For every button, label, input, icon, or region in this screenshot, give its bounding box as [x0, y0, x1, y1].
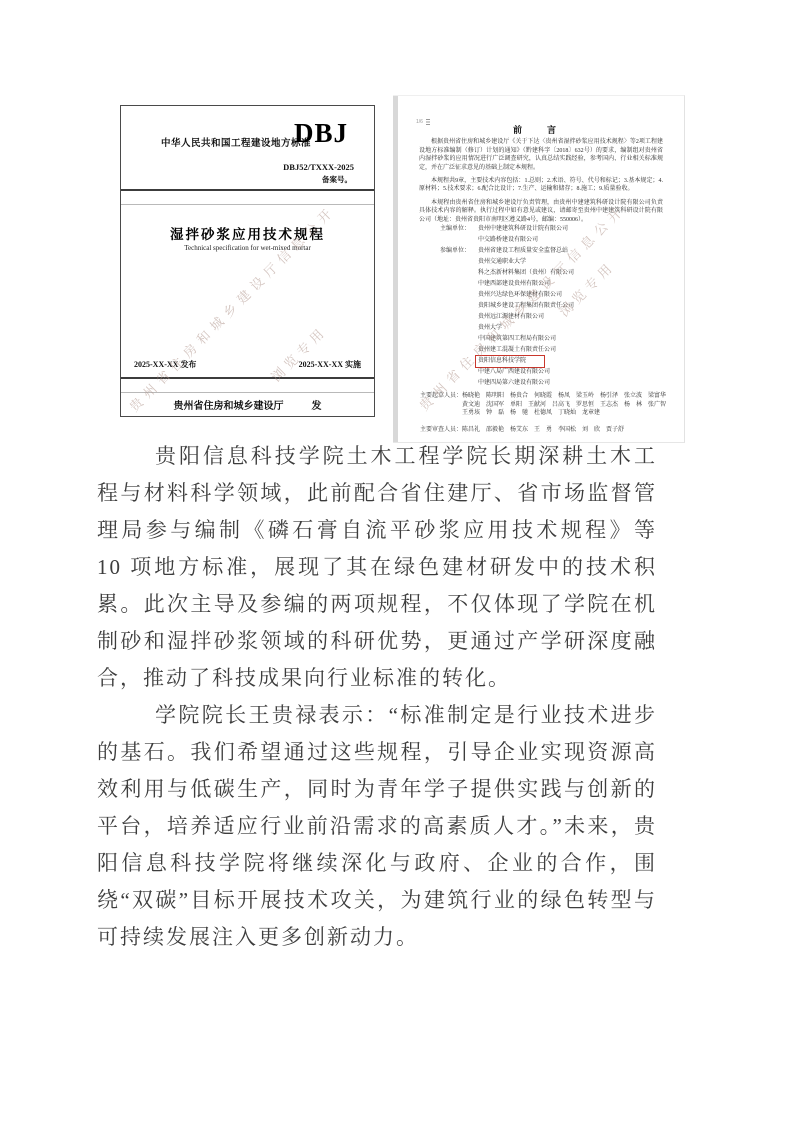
cover-header-label: 中华人民共和国工程建设地方标准 [161, 135, 311, 149]
preface-paragraph: 本规程由贵州省住房和城乡建设厅负责管理，由贵州中建建筑科研设计院有限公司负责具体… [419, 199, 663, 225]
org-item: 贵州建工混凝土有限责任公司 [478, 345, 574, 356]
article-paragraph: 学院院长王贵禄表示：“标准制定是行业技术进步的基石。我们希望通过这些规程，引导企… [97, 697, 657, 956]
org-item: 中建西部建设贵州有限公司 [478, 279, 574, 290]
reviewers-block: 主要审查人员： 陈昌礼 邵毅艳 杨艾东 王 勇 李国松 刘 欣 贾子舒 [420, 426, 670, 435]
org-item: 中建四局第六建设有限公司 [478, 378, 574, 389]
horizontal-rule [121, 392, 374, 393]
issue-verb: 发 [312, 397, 322, 412]
chief-editor-label: 主编单位： [440, 224, 478, 246]
org-item: 贵州兴达绿色环保建材有限公司 [478, 290, 574, 301]
standard-title-en: Technical specification for wet-mixed mo… [121, 244, 374, 252]
preface-paragraph: 本规程共9章，主要技术内容包括：1.总则；2.术语、符号、代号和标记；3.基本规… [419, 177, 663, 194]
org-item: 贵阳城乡建设工程集团有限责任公司 [478, 301, 574, 312]
issuer-name: 贵州省住房和城乡建设厅 [174, 397, 284, 412]
chief-editor-block: 主编单位： 贵州中建建筑科研设计院有限公司 中交路桥建设有限公司 [440, 224, 668, 246]
preface-paragraph: 根据贵州省住房和城乡建设厅《关于下达〈贵州省湿拌砂浆应用技术规程〉等2项工程建设… [419, 138, 663, 172]
org-item: 贵州中建建筑科研设计院有限公司 [478, 224, 568, 235]
article-paragraph: 贵阳信息科技学院土木工程学院长期深耕土木工程与材料科学领域，此前配合省住建厅、省… [97, 438, 657, 697]
chief-editor-orgs: 贵州中建建筑科研设计院有限公司 中交路桥建设有限公司 [478, 224, 568, 246]
issue-date: 2025-XX-XX 发布 [134, 359, 196, 370]
preface-page-image[interactable]: 1/6 前 言 根据贵州省住房和城乡建设厅《关于下达〈贵州省湿拌砂浆应用技术规程… [393, 95, 685, 443]
issuer-row: 贵州省住房和城乡建设厅 发 [121, 397, 374, 412]
org-item: 贵州远江源建材有限公司 [478, 312, 574, 323]
drafters-block: 主要起草人员： 杨晓艳 陈明阳 杨贵合 何晓霞 杨凤 梁玉岭 杨引泽 张立波 梁… [420, 392, 670, 418]
standard-cover-image[interactable]: 中华人民共和国工程建设地方标准 DBJ DBJ52/TXXX-2025 备案号。… [115, 97, 391, 438]
org-item: 中建八局广西建设有限公司 [478, 367, 574, 378]
reviewers-line: 陈昌礼 邵毅艳 杨艾东 王 勇 李国松 刘 欣 贾子舒 [462, 426, 624, 435]
drafters-line: 黄文迪 沈国军 单阳 王献河 吕高飞 罗思恒 王志杰 杨 林 张广智 [462, 401, 666, 410]
org-item: 科之杰新材料集团（贵州）有限公司 [478, 268, 574, 279]
org-item: 中国建筑第四工程局有限公司 [478, 334, 574, 345]
org-item: 贵州省建设工程质量安全监督总站 [478, 246, 574, 257]
organization-lists: 主编单位： 贵州中建建筑科研设计院有限公司 中交路桥建设有限公司 参编单位： 贵… [440, 224, 668, 389]
dbj-logo: DBJ [294, 118, 348, 149]
article-body: 贵阳信息科技学院土木工程学院长期深耕土木工程与材料科学领域，此前配合省住建厅、省… [97, 438, 657, 956]
preface-paragraphs: 根据贵州省住房和城乡建设厅《关于下达〈贵州省湿拌砂浆应用技术规程〉等2项工程建设… [419, 138, 663, 229]
drafters-label: 主要起草人员： [420, 392, 462, 418]
drafters-line: 王勇垓 钟 磊 杨 驰 杜德凤 丁晓灿 龙章建 [462, 409, 666, 418]
highlighted-org: 贵阳信息科技学院 [478, 356, 574, 367]
scan-edge [393, 96, 398, 442]
standard-number: DBJ52/TXXX-2025 [283, 162, 354, 172]
horizontal-rule [121, 204, 374, 205]
document-page: 中华人民共和国工程建设地方标准 DBJ DBJ52/TXXX-2025 备案号。… [0, 0, 793, 1122]
implement-date: 2025-XX-XX 实施 [299, 359, 361, 370]
partner-label: 参编单位： [440, 246, 478, 389]
drafters-names: 杨晓艳 陈明阳 杨贵合 何晓霞 杨凤 梁玉岭 杨引泽 张立波 梁富华 黄文迪 沈… [462, 392, 666, 418]
reviewers-label: 主要审查人员： [420, 426, 462, 435]
record-number: 备案号。 [322, 174, 352, 185]
preface-title: 前 言 [393, 123, 684, 136]
org-item: 中交路桥建设有限公司 [478, 235, 568, 246]
partner-orgs: 贵州省建设工程质量安全监督总站 贵州交通职业大学 科之杰新材料集团（贵州）有限公… [478, 246, 574, 389]
horizontal-rule [121, 189, 374, 191]
standard-title-cn: 湿拌砂浆应用技术规程 [121, 223, 374, 243]
drafters-line: 杨晓艳 陈明阳 杨贵合 何晓霞 杨凤 梁玉岭 杨引泽 张立波 梁富华 [462, 392, 666, 401]
org-item: 贵州交通职业大学 [478, 257, 574, 268]
partner-block: 参编单位： 贵州省建设工程质量安全监督总站 贵州交通职业大学 科之杰新材料集团（… [440, 246, 668, 389]
red-highlight-box: 贵阳信息科技学院 [476, 356, 544, 367]
horizontal-rule [121, 377, 374, 379]
cover-border-box: 中华人民共和国工程建设地方标准 DBJ DBJ52/TXXX-2025 备案号。… [120, 105, 375, 417]
org-item: 贵州大学 [478, 323, 574, 334]
reviewers-names: 陈昌礼 邵毅艳 杨艾东 王 勇 李国松 刘 欣 贾子舒 [462, 426, 624, 435]
publish-row: 2025-XX-XX 发布 2025-XX-XX 实施 [121, 359, 374, 370]
